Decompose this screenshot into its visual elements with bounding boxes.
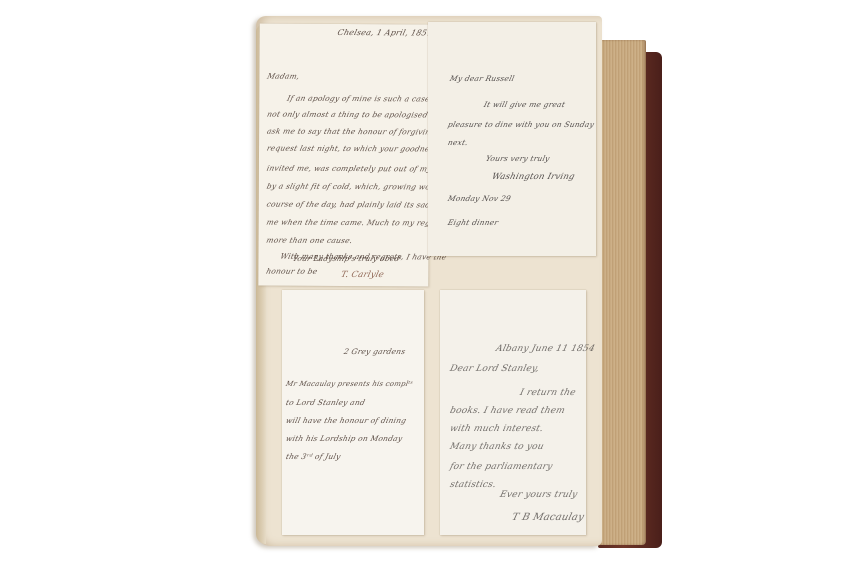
letter-line: books. I have read them: [449, 406, 566, 416]
letter-line: It will give me great: [483, 100, 566, 109]
letter-line: with his Lordship on Monday: [285, 434, 404, 443]
letter-carlyle: Chelsea, 1 April, 1857 — Madam, If an ap…: [258, 24, 429, 287]
letter-carlyle-closing: Your Ladyship's truly obedᵗ T. Carlyle: [259, 248, 429, 286]
letter-closing: Yours very truly: [485, 154, 551, 163]
letter-salutation: Madam,: [266, 72, 300, 81]
letter-washington-irving: My dear Russell It will give me great pl…: [428, 22, 596, 256]
letter-line: I return the: [519, 388, 577, 398]
letter-line: the 3ʳᵈ of July: [285, 452, 342, 461]
letter-salutation: My dear Russell: [449, 74, 516, 83]
letter-line: pleasure to dine with you on Sunday: [447, 120, 595, 129]
letter-line: with much interest.: [449, 424, 545, 434]
letter-line: next.: [447, 138, 469, 147]
letter-macaulay: Albany June 11 1854 Dear Lord Stanley, I…: [440, 290, 586, 535]
letter-line: If an apology of mine is such a case to: [286, 94, 441, 104]
letter-line: statistics.: [449, 480, 497, 490]
letter-note: Eight dinner: [447, 218, 499, 227]
letter-line: more than one cause.: [265, 236, 353, 245]
letter-address: 2 Grey gardens: [343, 347, 407, 356]
autograph-album: Chelsea, 1 April, 1857 — Madam, If an ap…: [0, 0, 850, 567]
letter-closing: Your Ladyship's truly obedᵗ: [292, 254, 403, 263]
letter-line: to Lord Stanley and: [285, 398, 366, 407]
letter-line: ask me to say that the honour of forgivi…: [266, 127, 451, 137]
letter-date: Monday Nov 29: [447, 194, 512, 203]
letter-closing: Ever yours truly: [499, 490, 579, 500]
letter-macaulay-note: 2 Grey gardens Mr Macaulay presents his …: [282, 290, 424, 535]
letter-salutation: Dear Lord Stanley,: [449, 364, 540, 374]
letter-line: Mr Macaulay presents his complᵗˢ: [285, 380, 414, 388]
letter-signature: Washington Irving: [491, 172, 576, 182]
letter-date: Albany June 11 1854: [495, 344, 596, 354]
letter-line: will have the honour of dining: [285, 416, 408, 425]
letter-line: Many thanks to you: [449, 442, 545, 452]
letter-signature: T. Carlyle: [340, 270, 385, 280]
letter-line: for the parliamentary: [449, 462, 554, 472]
letter-signature: T B Macaulay: [511, 512, 586, 523]
